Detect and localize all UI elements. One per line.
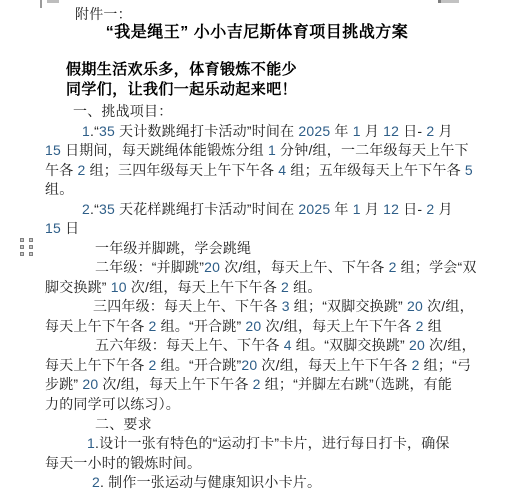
doc-line[interactable]: 15 日 [45, 219, 79, 238]
slogan-line-1[interactable]: 假期生活欢乐多，体育锻炼不能少 [66, 60, 297, 79]
doc-line[interactable]: 每天一小时的锻炼时间。 [45, 454, 201, 473]
left-edge-tick [40, 0, 42, 8]
doc-line[interactable]: 15 日期间，每天跳绳体能锻炼分组 1 分钟/组，一二年级每天上午下 [45, 141, 469, 160]
document-page[interactable]: 附件一： “我是绳王” 小小吉尼斯体育项目挑战方案 假期生活欢乐多，体育锻炼不能… [0, 0, 524, 496]
gray-bar-top-right [438, 0, 459, 3]
doc-line[interactable]: 午各 2 组；三四年级每天上午下午各 4 组；五年级每天上午下午各 5 [45, 161, 473, 180]
doc-line[interactable]: 组。 [45, 180, 73, 199]
section-heading-2[interactable]: 二、要求 [95, 415, 152, 434]
doc-line[interactable]: 脚交换跳” 10 次/组，每天上午下午各 2 组。 [45, 278, 322, 297]
doc-line[interactable]: 每天上午下午各 2 组。“开合跳”20 次/组，每天上午下午各 2 组；“弓 [45, 356, 471, 375]
drag-handle-icon[interactable] [20, 238, 33, 258]
doc-title[interactable]: “我是绳王” 小小吉尼斯体育项目挑战方案 [45, 23, 469, 42]
doc-line[interactable]: 三四年级：每天上午、下午各 3 组；“双脚交换跳” 20 次/组， [93, 297, 474, 316]
doc-line[interactable]: 力的同学可以练习）。 [45, 395, 180, 414]
doc-line[interactable]: 二年级：“并脚跳”20 次/组，每天上午、下午各 2 组；学会“双 [95, 258, 477, 277]
slogan-line-2[interactable]: 同学们，让我们一起乐动起来吧！ [66, 80, 297, 99]
doc-line[interactable]: 1.设计一张有特色的“运动打卡”卡片，进行每日打卡，确保 [87, 434, 450, 453]
gray-bar-top-left [47, 0, 59, 3]
doc-line[interactable]: 1.“35 天计数跳绳打卡活动”时间在 2025 年 1 月 12 日- 2 月 [82, 122, 453, 141]
doc-line[interactable]: 每天上午下午各 2 组。“开合跳” 20 次/组，每天上午下午各 2 组 [45, 317, 442, 336]
doc-line[interactable]: 2.“35 天花样跳绳打卡活动”时间在 2025 年 1 月 12 日- 2 月 [82, 200, 453, 219]
doc-line[interactable]: 2. 制作一张运动与健康知识小卡片。 [92, 473, 321, 492]
attachment-label[interactable]: 附件一： [75, 5, 132, 24]
doc-line[interactable]: 五六年级：每天上午、下午各 4 组。“双脚交换跳” 20 次/组， [95, 336, 476, 355]
doc-line[interactable]: 步跳” 20 次/组，每天上午下午各 2 组；“并脚左右跳”（选跳，有能 [45, 375, 452, 394]
doc-line[interactable]: 一年级并脚跳，学会跳绳 [95, 239, 251, 258]
section-heading-1[interactable]: 一、挑战项目： [73, 102, 172, 121]
